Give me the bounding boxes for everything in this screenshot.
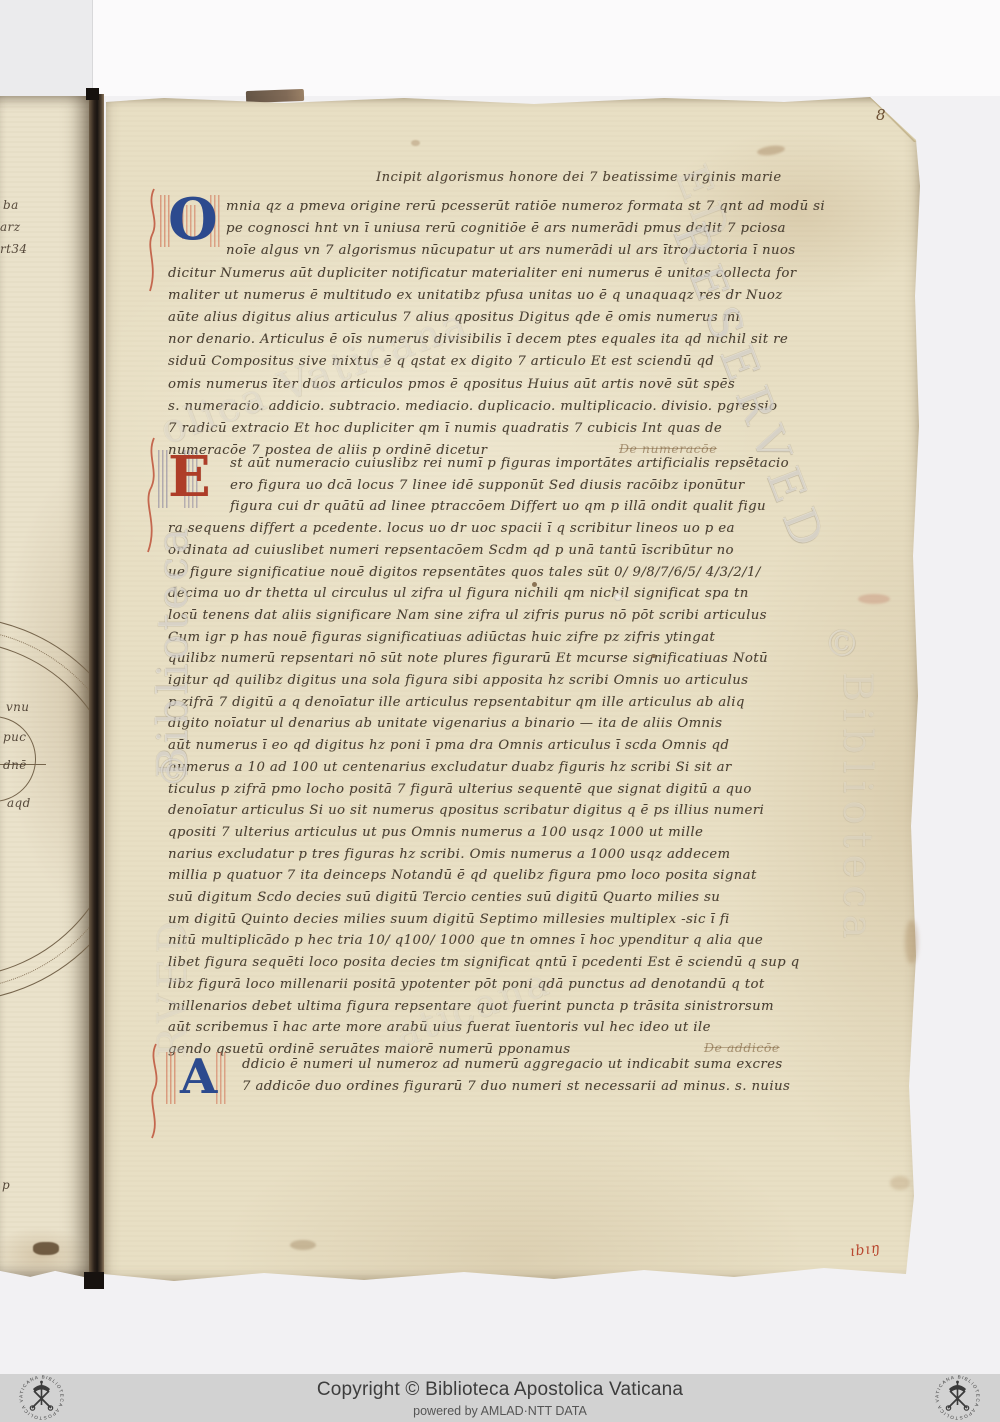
key-icon: [948, 1391, 965, 1408]
manuscript-line: siduū Compositus sive mixtus ē q qstat e…: [168, 351, 836, 373]
manuscript-line: narius excludatur p tres figuras hz scri…: [168, 844, 836, 866]
manuscript-line: suū digitum Scdo decies suū digitū Terci…: [168, 887, 836, 909]
manuscript-line: st aūt numeracio cuiuslibz rei numī p fi…: [168, 453, 836, 475]
manuscript-line: numerus a 10 ad 100 ut centenarius exclu…: [168, 757, 836, 779]
copyright-footer: BIBLIOTECA APOSTOLICA VATICANA Copyright…: [0, 1374, 1000, 1422]
diagram-label-scrap: puc: [3, 730, 26, 744]
manuscript-line: p zifrā 7 digitū a q denoīatur ille arti…: [168, 692, 836, 714]
manuscript-line: 7 addicōe duo ordines figurarū 7 duo num…: [168, 1076, 836, 1098]
vatican-library-emblem-right: BIBLIOTECA APOSTOLICA VATICANA: [934, 1374, 981, 1421]
manuscript-line: denoīatur articulus Si uo sit numerus qp…: [168, 800, 836, 822]
marginal-text-scrap: arz: [0, 220, 20, 234]
marginal-text-scrap: rt34: [0, 242, 27, 256]
paragraph-lines: mnia qz a pmeva origine rerū pcesserūt r…: [168, 196, 836, 462]
manuscript-line: maliter ut numerus ē multitudo ex unitat…: [168, 285, 836, 307]
facing-page-fragment: ba arz rt34 vnu puc dnē aqd p: [0, 96, 89, 1278]
manuscript-line: nitū multiplicādo p hec tria 10/ q100/ 1…: [168, 930, 836, 952]
manuscript-line: libet figura sequēti loco posita decies …: [168, 952, 836, 974]
scan-background-left: [0, 0, 93, 96]
manuscript-line: qpositi 7 ulterius articulus ut pus Omni…: [168, 822, 836, 844]
manuscript-line: ddicio ē numeri ul numeroz ad numerū agg…: [168, 1054, 836, 1076]
manuscript-line: omis numerus īter duos articulos pmos ē …: [168, 374, 836, 396]
illuminated-initial-E: E: [168, 456, 222, 500]
diagram-label-scrap: aqd: [7, 796, 31, 810]
diagram-label-scrap: dnē: [3, 758, 27, 772]
manuscript-line: ticulus p zifrā pmo locho positā 7 figur…: [168, 779, 836, 801]
manuscript-line: ordinata ad cuiuslibet numeri repsentacō…: [168, 540, 836, 562]
paragraph-omnia: O mnia qz a pmeva origine rerū pcesserūt…: [168, 196, 836, 462]
binding-notch-top: [86, 88, 99, 100]
manuscript-line: millia p quatuor 7 ita deinceps Notandū …: [168, 865, 836, 887]
diagram-label-scrap: vnu: [6, 700, 29, 714]
manuscript-text-layer: Incipit algorismus honore dei 7 beatissi…: [104, 96, 922, 1282]
key-icon: [950, 1391, 967, 1408]
manuscript-line: figura cui dr quātū ad linee ptraccōem D…: [168, 496, 836, 518]
manuscript-line: aūt scribemus ī hac arte more arabū uius…: [168, 1017, 836, 1039]
initial-letter: O: [168, 199, 218, 241]
footer-copyright-text: Copyright © Biblioteca Apostolica Vatica…: [0, 1379, 1000, 1401]
paragraph-addicio: A ddicio ē numeri ul numeroz ad numerū a…: [168, 1054, 836, 1098]
manuscript-line: decima uo dr thetta ul circulus ul zifra…: [168, 583, 836, 605]
paragraph-lines: st aūt numeracio cuiuslibz rei numī p fi…: [168, 453, 836, 1061]
manuscript-line: 7 radicū extracio Et hoc dupliciter qm ī…: [168, 418, 836, 440]
section-rubric: De addicōe: [704, 1040, 780, 1055]
manuscript-line: igitur qd quilibz digitus una sola figur…: [168, 670, 836, 692]
pen-flourish: [144, 187, 164, 297]
manuscript-line: aūte alius digitus alius articulus 7 ali…: [168, 307, 836, 329]
pen-flourish: [142, 436, 162, 556]
manuscript-line: um digitū Quinto decies milies suum digi…: [168, 909, 836, 931]
paragraph-numeracio: E st aūt numeracio cuiuslibz rei numī p …: [168, 453, 836, 1061]
manuscript-line: ue figure significatiue nouē digitos rep…: [168, 562, 836, 584]
manuscript-line: millenarios debet ultima figura repsenta…: [168, 996, 836, 1018]
initial-letter: E: [168, 456, 222, 498]
illuminated-initial-O: O: [168, 199, 218, 243]
manuscript-line: mnia qz a pmeva origine rerū pcesserūt r…: [168, 196, 836, 218]
scan-background: [92, 0, 1000, 96]
folio-number: 8: [876, 106, 886, 124]
manuscript-line: dicitur Numerus aūt dupliciter notificat…: [168, 263, 836, 285]
manuscript-line: s. numeracio. addicio. subtracio. mediac…: [168, 396, 836, 418]
footer-powered-by-text: powered by AMLAD·NTT DATA: [0, 1404, 1000, 1418]
manuscript-line: noīe algus vn 7 algorismus nūcupatur ut …: [168, 240, 836, 262]
manuscript-line: Cum igr p has nouē figuras significatiua…: [168, 627, 836, 649]
paragraph-lines: ddicio ē numeri ul numeroz ad numerū agg…: [168, 1054, 836, 1097]
binding-notch-bottom: [84, 1272, 104, 1289]
manuscript-line: nor denario. Articulus ē oīs numerus div…: [168, 329, 836, 351]
manuscript-line: libz figurā loco millenarii positā ypote…: [168, 974, 836, 996]
manuscript-line: locū tenens dat aliis significare Nam si…: [168, 605, 836, 627]
manuscript-line: ero figura uo dcā locus 7 linee idē supp…: [168, 475, 836, 497]
manuscript-line: quilibz numerū repsentari nō sūt note pl…: [168, 648, 836, 670]
manuscript-line: aūt numerus ī eo qd digitus hz poni ī pm…: [168, 735, 836, 757]
book-gutter: [89, 94, 104, 1288]
manuscript-line: ra sequens differt a pcedente. locus uo …: [168, 518, 836, 540]
marginal-text-scrap: ba: [3, 198, 19, 212]
manuscript-line: digito noīatur ul denarius ab unitate vi…: [168, 713, 836, 735]
initial-letter: A: [168, 1056, 234, 1098]
illuminated-initial-A: A: [168, 1056, 234, 1098]
marginal-text-scrap: p: [2, 1178, 10, 1192]
pen-flourish: [146, 1042, 166, 1142]
incipit-heading: Incipit algorismus honore dei 7 beatissi…: [376, 170, 876, 185]
manuscript-line: pe cognosci hnt vn ī uniusa rerū cogniti…: [168, 218, 836, 240]
